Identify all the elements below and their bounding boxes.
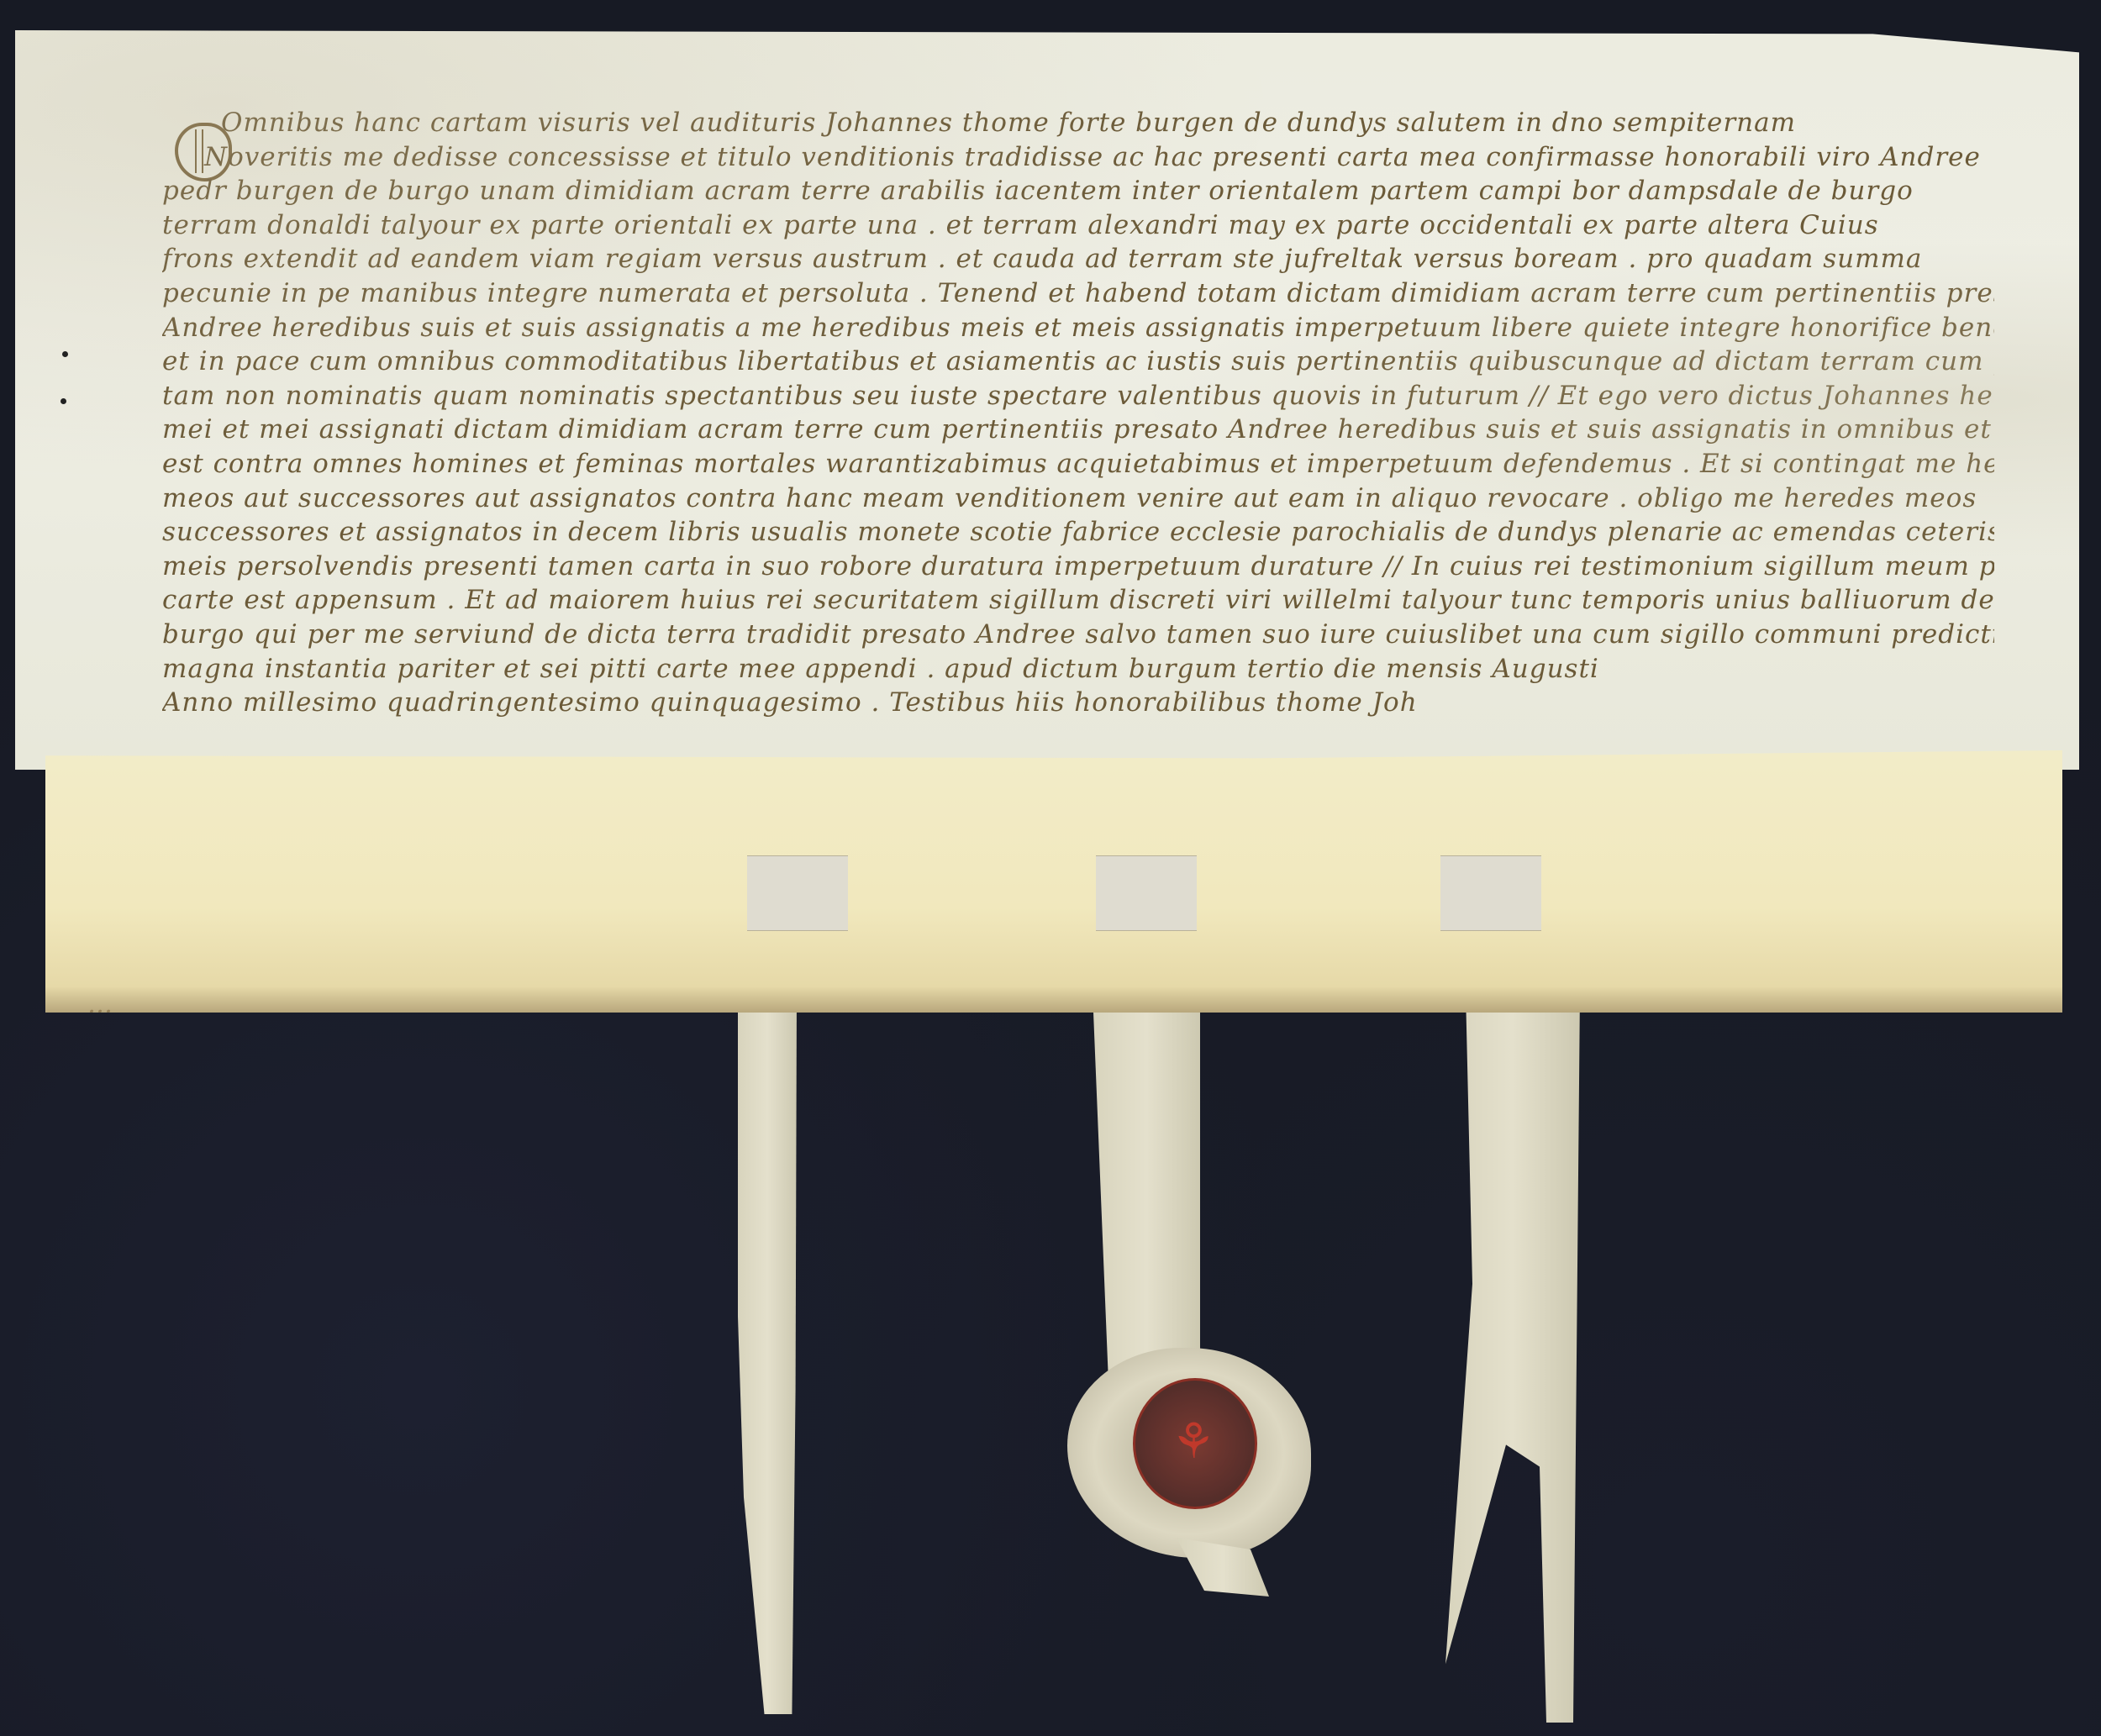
charter-text: Omnibus hanc cartam visuris vel audituri… [162, 106, 1994, 720]
text-line: tam non nominatis quam nominatis spectan… [162, 379, 1994, 413]
tag-slit-right [1440, 855, 1541, 931]
seal-tag-left [738, 992, 797, 1714]
text-line: terram donaldi talyour ex parte oriental… [162, 208, 1994, 243]
text-line: meis persolvendis presenti tamen carta i… [162, 550, 1994, 584]
text-line: Omnibus hanc cartam visuris vel audituri… [162, 106, 1994, 140]
seal-emblem-icon: ⚘ [1164, 1407, 1223, 1475]
margin-dot [61, 398, 66, 404]
text-line: pecunie in pe manibus integre numerata e… [162, 276, 1994, 311]
parchment-document: Omnibus hanc cartam visuris vel audituri… [15, 30, 2079, 770]
seal-tag-center [1093, 992, 1200, 1386]
plica-endorsement: … [87, 990, 113, 1019]
text-line: burgo qui per me serviund de dicta terra… [162, 618, 1994, 652]
text-line: Andree heredibus suis et suis assignatis… [162, 311, 1994, 345]
plica-fold: … [45, 750, 2062, 1013]
margin-dot [62, 351, 68, 357]
text-line: est contra omnes homines et feminas mort… [162, 447, 1994, 481]
text-line: Noveritis me dedisse concessisse et titu… [162, 140, 1994, 175]
tag-slit-left [747, 855, 848, 931]
text-line: Anno millesimo quadringentesimo quinquag… [162, 686, 1994, 720]
text-line: pedr burgen de burgo unam dimidiam acram… [162, 174, 1994, 208]
text-line: frons extendit ad eandem viam regiam ver… [162, 242, 1994, 276]
text-line: et in pace cum omnibus commoditatibus li… [162, 345, 1994, 379]
seal-tag-right [1445, 992, 1580, 1723]
text-line: mei et mei assignati dictam dimidiam acr… [162, 413, 1994, 447]
text-line: meos aut successores aut assignatos cont… [162, 481, 1994, 516]
text-line: successores et assignatos in decem libri… [162, 515, 1994, 550]
text-line: magna instantia pariter et sei pitti car… [162, 652, 1994, 687]
tag-slit-center [1096, 855, 1197, 931]
text-line: carte est appensum . Et ad maiorem huius… [162, 583, 1994, 618]
